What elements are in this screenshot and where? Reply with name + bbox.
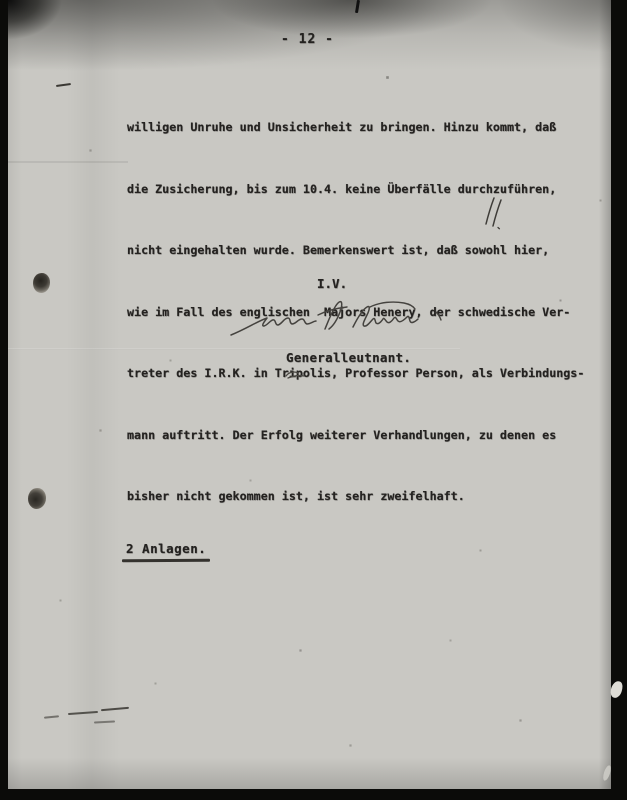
scan-background: - 12 - willigen Unruhe und Unsicherheit … [0,0,627,800]
paragraph-line: treter des I.R.K. in Tripolis, Professor… [127,363,584,384]
smudge-mark [94,720,115,723]
handwritten-signature [228,294,463,346]
attachments-underline [122,559,210,562]
paper-crease-middle [8,348,460,350]
iv-abbreviation: I.V. [317,276,347,291]
smudge-mark [44,715,59,719]
page-number: - 12 - [281,32,334,47]
paper-sheet: - 12 - willigen Unruhe und Unsicherheit … [8,0,611,789]
scan-artifact-tick [355,0,360,13]
stray-pencil-dash [56,83,71,87]
rank-title: Generalleutnant. [286,350,411,365]
paper-crease-upper [8,161,128,163]
handwritten-end-mark [482,194,506,230]
smudge-mark [101,707,129,712]
paragraph-line: bisher nicht gekommen ist, ist sehr zwei… [127,486,584,507]
edge-tear-spot [609,680,623,699]
paragraph-line: die Zusicherung, bis zum 10.4. keine Übe… [127,179,584,200]
attachments-note: 2 Anlagen. [126,541,206,556]
paragraph-line: willigen Unruhe und Unsicherheit zu brin… [127,117,584,138]
smudge-mark [68,711,98,715]
paragraph-line: mann auftritt. Der Erfolg weiterer Verha… [127,425,584,446]
punch-hole-bottom [28,488,46,509]
punch-hole-top [33,273,50,293]
paper-specks [8,0,9,1]
handwritten-squiggle [285,369,309,381]
paragraph-line: nicht eingehalten wurde. Bemerkenswert i… [127,240,584,261]
